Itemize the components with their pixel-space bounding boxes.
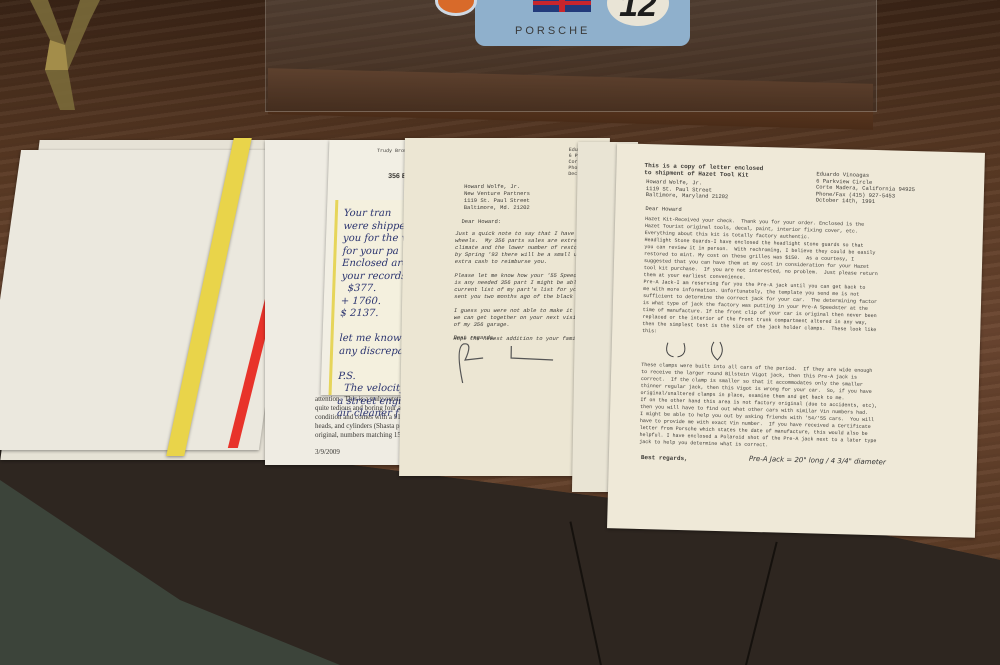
model-race-car: 12 PORSCHE [475,0,690,46]
recipient-address: Howard Wolfe, Jr. 1119 St. Paul Street B… [646,179,729,201]
union-jack-flag-icon [533,0,591,12]
letter-body-part-2: These clamps were built into all cars of… [639,362,878,452]
handwritten-annotation: Pre-A Jack = 20" long / 4 3/4" diameter [749,455,886,467]
header-note: This is a copy of letter enclosed to shi… [644,162,763,179]
signature-icon [453,338,564,388]
photo-scene: 12 PORSCHE attention. This is a truly ou… [0,0,1000,665]
salutation: Dear Howard [645,205,681,213]
letter-body-part-1: Hazet Kit-Received your check. Thank you… [642,216,879,341]
listing-date: 3/9/2009 [315,448,340,456]
recipient-address: Howard Wolfe, Jr. New Venture Partners 1… [464,183,531,211]
race-number: 12 [607,0,669,26]
typed-letter-main: This is a copy of letter enclosed to shi… [607,143,985,538]
closing: Best regards, [641,454,688,462]
sender-address: Eduardo Vinoagas 6 Parkview Circle Corte… [816,171,916,206]
brand-lettering: PORSCHE [515,25,590,37]
typed-letter-faded [0,150,301,450]
salutation: Dear Howard: [461,218,501,225]
brass-sculpture-icon [20,0,110,115]
letter-body: Just a quick note to say that I have not… [453,230,590,342]
